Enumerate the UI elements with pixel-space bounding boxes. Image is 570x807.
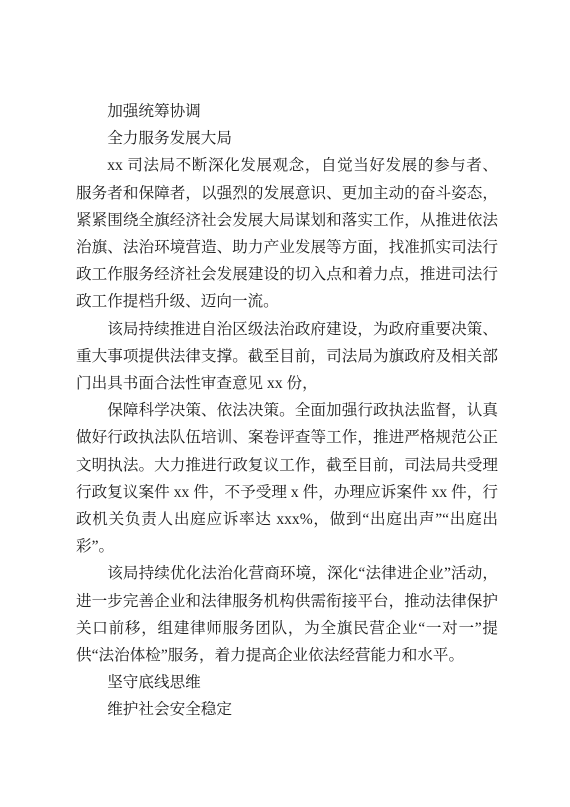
paragraph-development-concept: xx 司法局不断深化发展观念，自觉当好发展的参与者、服务者和保障者，以强烈的发展… [76, 152, 498, 315]
paragraph-business-environment: 该局持续优化法治化营商环境，深化“法律进企业”活动，进一步完善企业和法律服务机构… [76, 560, 498, 669]
paragraph-legality-review: 该局持续推进自治区级法治政府建设，为政府重要决策、重大事项提供法律支撑。截至目前… [76, 316, 498, 398]
section-heading-social-stability: 维护社会安全稳定 [76, 696, 498, 723]
section-heading-serve-development: 全力服务发展大局 [76, 125, 498, 152]
section-heading-coordination: 加强统筹协调 [76, 98, 498, 125]
document-page: 加强统筹协调 全力服务发展大局 xx 司法局不断深化发展观念，自觉当好发展的参与… [0, 0, 570, 807]
section-heading-bottom-line: 坚守底线思维 [76, 669, 498, 696]
paragraph-law-enforcement: 保障科学决策、依法决策。全面加强行政执法监督，认真做好行政执法队伍培训、案卷评查… [76, 397, 498, 560]
